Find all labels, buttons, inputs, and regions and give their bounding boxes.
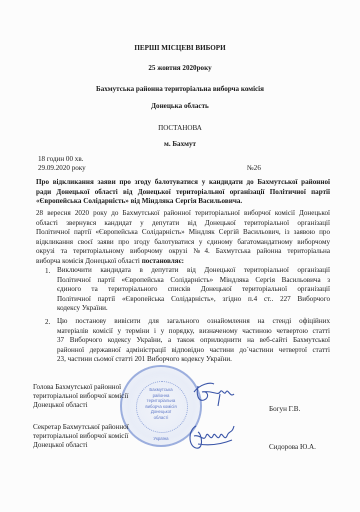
document-number: №26 [247,164,261,173]
election-date: 25 жовтня 2020року [0,64,360,73]
secretary-position: Секретар Бахмутської районної територіал… [33,423,129,450]
resolution-item-2: Цю постанову вивісити для загального озн… [57,317,330,365]
document-page: ПЕРШІ МІСЦЕВІ ВИБОРИ 25 жовтня 2020року … [0,0,360,512]
item-number-1: 1. [45,267,50,276]
city: м. Бахмут [0,140,360,149]
secretary-name: Сидорова Ю.А. [269,443,316,452]
item-number-2: 2. [45,318,50,327]
preamble: 28 вересня 2020 року до Бахмутської райо… [36,209,330,267]
chairman-position: Голова Бахмутської районної територіальн… [33,383,128,410]
resolution-item-1: Виключити кандидата в депутати від Донец… [57,266,330,314]
region-name: Донецька область [0,102,360,111]
chairman-name: Богун Г.В. [269,405,300,414]
secretary-signature [186,420,238,452]
commission-name: Бахмутська районна територіальна виборча… [0,85,360,94]
chairman-signature [190,378,238,410]
document-time: 18 годин 00 хв. [38,155,83,164]
document-type: ПОСТАНОВА [0,124,360,133]
resolves-keyword: постановляє: [142,257,184,265]
resolution-subject: Про відкликання заяви про згоду балотува… [36,178,330,207]
document-date: 29.09.2020 року [38,164,86,173]
election-title: ПЕРШІ МІСЦЕВІ ВИБОРИ [0,44,360,53]
